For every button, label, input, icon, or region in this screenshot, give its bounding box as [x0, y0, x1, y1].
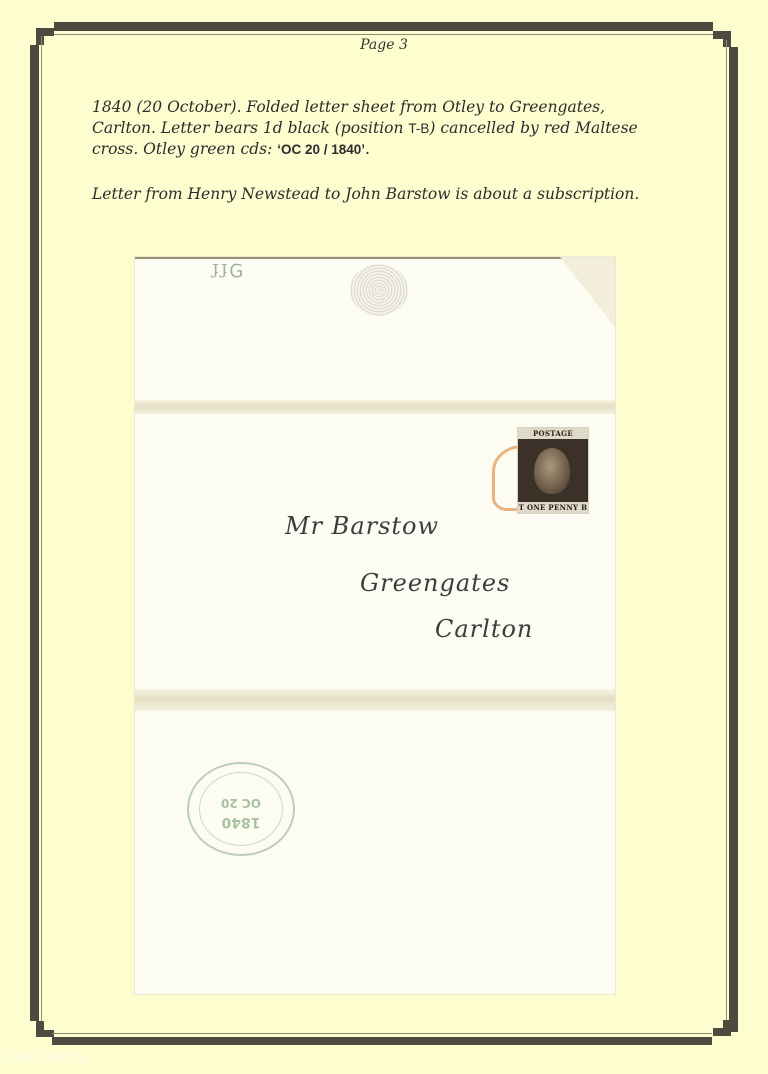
wax-seal-impression — [350, 264, 408, 316]
frame-corner-br-v — [723, 1020, 731, 1036]
queen-head-icon — [534, 448, 570, 494]
postmark-year: 1840 — [189, 814, 293, 830]
folded-letter-image: ⅁ſſ POSTAGE T ONE PENNY B Mr Barstow Gre… — [135, 257, 615, 994]
description-text: cross. Otley green cds: — [92, 140, 277, 158]
letter-fold-lower — [135, 689, 615, 711]
postmark-date-stamp: OC 20 — [189, 796, 293, 810]
frame-right-inner-line — [726, 40, 727, 1030]
frame-bottom-inner-line — [52, 1033, 712, 1034]
description-paragraph-1: 1840 (20 October). Folded letter sheet f… — [92, 97, 692, 160]
green-mark: ⅁ſſ — [210, 259, 243, 280]
frame-top-border — [54, 22, 713, 31]
description-line-2: Carlton. Letter bears 1d black (position… — [92, 118, 692, 139]
description-line-1: 1840 (20 October). Folded letter sheet f… — [92, 97, 692, 118]
otley-cds-postmark: 1840 OC 20 — [187, 762, 295, 856]
frame-left-border — [30, 45, 39, 1021]
frame-top-inner-line — [54, 34, 715, 35]
letter-fold-upper — [135, 400, 615, 414]
address-line-2: Greengates — [360, 569, 510, 597]
watermark: Derek Baron — [6, 1051, 87, 1066]
frame-bottom-border — [52, 1037, 712, 1045]
address-line-3: Carlton — [435, 615, 533, 643]
description-paragraph-2: Letter from Henry Newstead to John Barst… — [92, 184, 692, 205]
letter-top-edge — [135, 257, 615, 259]
description-text: ) cancelled by red Maltese — [429, 119, 637, 137]
description-text: . — [365, 140, 370, 158]
address-line-1: Mr Barstow — [285, 512, 439, 540]
description-text: Carlton. Letter bears 1d black (position — [92, 119, 408, 137]
frame-right-border — [729, 47, 738, 1032]
stamp-top-label: POSTAGE — [518, 428, 588, 439]
description-line-3: cross. Otley green cds: ‘OC 20 / 1840’. — [92, 139, 692, 160]
frame-left-inner-line — [41, 36, 42, 1031]
page-number: Page 3 — [0, 37, 768, 53]
postmark-date: ‘OC 20 / 1840’ — [277, 142, 365, 157]
letter-corner-fold — [560, 257, 615, 327]
stamp-position: T-B — [408, 121, 429, 136]
stamp-bottom-label: T ONE PENNY B — [518, 502, 588, 513]
penny-black-stamp: POSTAGE T ONE PENNY B — [517, 427, 589, 514]
